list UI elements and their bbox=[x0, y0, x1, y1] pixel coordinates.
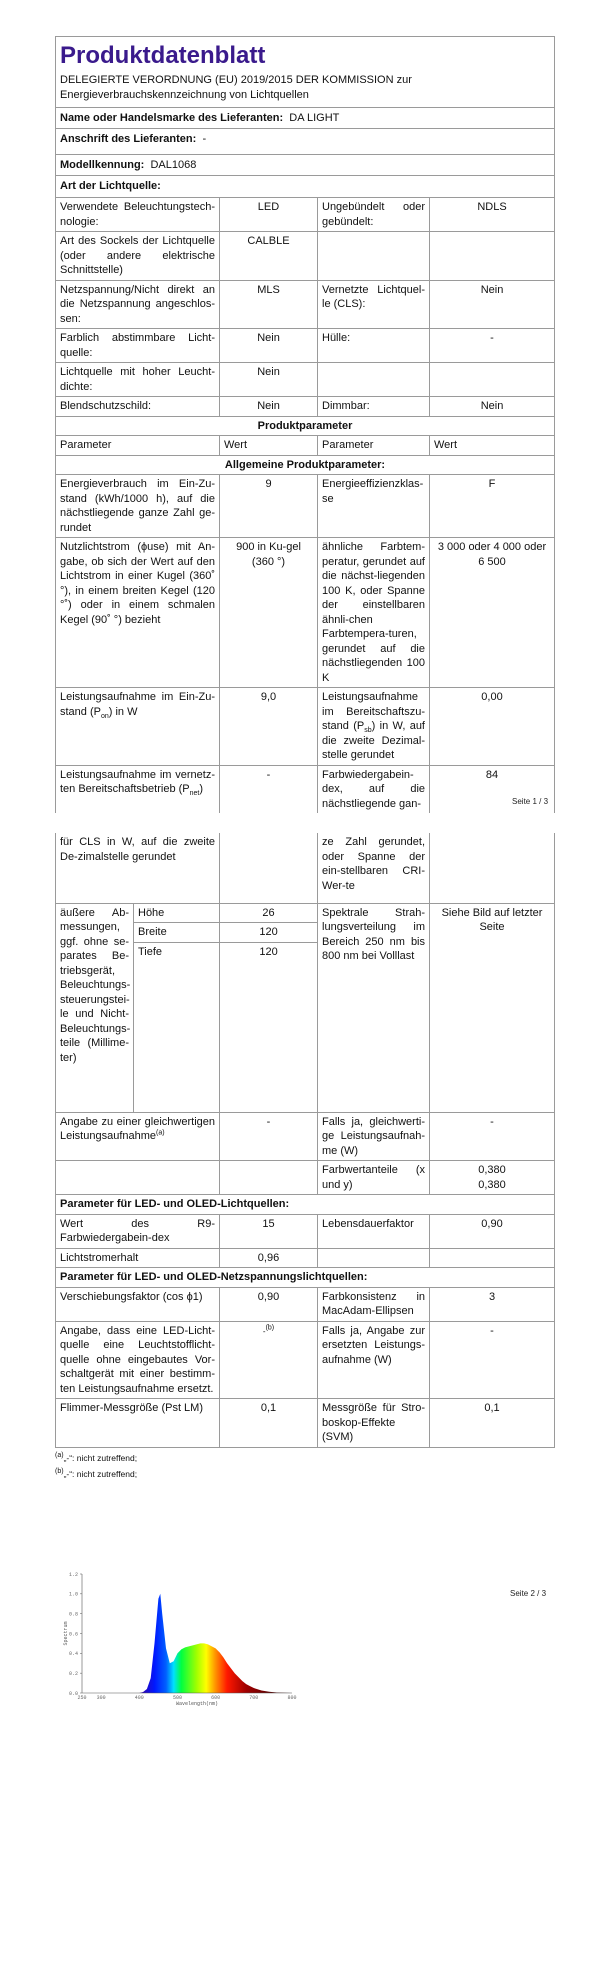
table-row: Leistungsaufnahme im Ein-Zu-stand (Pon) … bbox=[56, 688, 555, 766]
section-title: Produktparameter bbox=[56, 416, 555, 436]
param-cell: Lichtquelle mit hoher Leucht-dichte: bbox=[56, 363, 220, 397]
param-cell: ähnliche Farbtem-peratur, gerundet auf d… bbox=[318, 538, 430, 688]
svg-text:0.2: 0.2 bbox=[69, 1671, 78, 1677]
table-row: Energieverbrauch im Ein-Zu-stand (kWh/10… bbox=[56, 475, 555, 538]
param-cell: Falls ja, gleichwerti-ge Leistungsaufnah… bbox=[318, 1112, 430, 1161]
value-cell: Nein bbox=[220, 397, 318, 417]
supplier-row: Name oder Handelsmarke des Lieferanten: … bbox=[56, 107, 554, 128]
param-cell: Verwendete Beleuchtungstech-nologie: bbox=[56, 198, 220, 232]
value-cell: 3 bbox=[430, 1287, 555, 1321]
param-cell bbox=[318, 363, 430, 397]
regulation-text: DELEGIERTE VERORDNUNG (EU) 2019/2015 DER… bbox=[56, 73, 554, 107]
value-cell: 0,1 bbox=[220, 1399, 318, 1448]
dimension-value: 26 bbox=[220, 903, 318, 923]
page-number: Seite 1 / 3 bbox=[512, 795, 548, 809]
footnote-a: (a)„-“: nicht zutreffend; bbox=[55, 1450, 555, 1466]
col-header: Wert bbox=[220, 436, 318, 456]
value-cell: - bbox=[430, 1112, 555, 1161]
svg-text:400: 400 bbox=[135, 1695, 144, 1701]
param-cell: Farbwiedergabein-dex, auf die nächstlieg… bbox=[318, 765, 430, 813]
param-cell bbox=[318, 1248, 430, 1268]
svg-text:300: 300 bbox=[97, 1695, 106, 1701]
param-cell: für CLS in W, auf die zweite De-zimalste… bbox=[56, 833, 220, 903]
footnote-b: (b)„-“: nicht zutreffend; bbox=[55, 1466, 555, 1482]
table-row: Angabe, dass eine LED-Licht-quelle eine … bbox=[56, 1321, 555, 1399]
value-cell: - bbox=[430, 329, 555, 363]
dimension-name: Breite bbox=[134, 923, 220, 943]
param-cell: Leistungsaufnahme im Bereitschaftszu-sta… bbox=[318, 688, 430, 766]
param-cell: Leistungsaufnahme im vernetz-ten Bereits… bbox=[56, 765, 220, 813]
param-cell: Energieverbrauch im Ein-Zu-stand (kWh/10… bbox=[56, 475, 220, 538]
value-cell: 0,90 bbox=[220, 1287, 318, 1321]
value-cell: NDLS bbox=[430, 198, 555, 232]
table-row: Verschiebungsfaktor (cos ϕ1)0,90Farbkons… bbox=[56, 1287, 555, 1321]
param-cell: Netzspannung/Nicht direkt an die Netzspa… bbox=[56, 280, 220, 329]
value-cell: MLS bbox=[220, 280, 318, 329]
lamp-type-row: Art der Lichtquelle: bbox=[56, 175, 554, 197]
dimension-value: 120 bbox=[220, 923, 318, 943]
col-header: Parameter bbox=[56, 436, 220, 456]
value-cell bbox=[430, 232, 555, 281]
param-cell: Farblich abstimmbare Licht-quelle: bbox=[56, 329, 220, 363]
col-header: Parameter bbox=[318, 436, 430, 456]
value-cell bbox=[430, 833, 555, 903]
value-cell: 0,96 bbox=[220, 1248, 318, 1268]
param-cell: Flimmer-Messgröße (Pst LM) bbox=[56, 1399, 220, 1448]
param-cell: Farbwertanteile (x und y) bbox=[318, 1161, 430, 1195]
value-cell: - bbox=[220, 765, 318, 813]
section-title: Parameter für LED- und OLED-Lichtquellen… bbox=[56, 1195, 555, 1215]
value-cell: CALBLE bbox=[220, 232, 318, 281]
param-cell: Farbkonsistenz in MacAdam-Ellipsen bbox=[318, 1287, 430, 1321]
svg-text:0.8: 0.8 bbox=[69, 1611, 78, 1617]
page-number: Seite 2 / 3 bbox=[510, 1587, 546, 1601]
param-cell bbox=[56, 1161, 220, 1195]
dimension-name: Höhe bbox=[134, 903, 220, 923]
table-row: Art des Sockels der Lichtquelle (oder an… bbox=[56, 232, 555, 281]
value-cell: Nein bbox=[220, 363, 318, 397]
svg-text:800: 800 bbox=[287, 1695, 296, 1701]
svg-text:0.6: 0.6 bbox=[69, 1631, 78, 1637]
page-title: Produktdatenblatt bbox=[56, 37, 554, 73]
value-cell: Nein bbox=[430, 280, 555, 329]
product-params-table: Produktparameter Parameter Wert Paramete… bbox=[55, 416, 555, 814]
value-cell: 3 000 oder 4 000 oder 6 500 bbox=[430, 538, 555, 688]
value-cell: 0,90 bbox=[430, 1214, 555, 1248]
param-cell: ze Zahl gerundet, oder Spanne der ein-st… bbox=[318, 833, 430, 903]
spectrum-chart: 0.00.20.40.60.81.01.22503004005006007008… bbox=[60, 1560, 310, 1710]
table-row: Farbwertanteile (x und y)0,3800,380 bbox=[56, 1161, 555, 1195]
col-header: Wert bbox=[430, 436, 555, 456]
value-cell: LED bbox=[220, 198, 318, 232]
value-cell bbox=[430, 363, 555, 397]
param-cell: Lichtstromerhalt bbox=[56, 1248, 220, 1268]
value-cell: -(b) bbox=[220, 1321, 318, 1399]
type-table: Verwendete Beleuchtungstech-nologie:LEDU… bbox=[55, 197, 555, 417]
param-cell: Nutzlichtstrom (ϕuse) mit An-gabe, ob si… bbox=[56, 538, 220, 688]
param-cell: Angabe, dass eine LED-Licht-quelle eine … bbox=[56, 1321, 220, 1399]
param-cell: Energieeffizienzklas-se bbox=[318, 475, 430, 538]
table-row: Leistungsaufnahme im vernetz-ten Bereits… bbox=[56, 765, 555, 813]
param-cell: Spektrale Strah-lungsverteilung im Berei… bbox=[318, 903, 430, 1112]
dimensions-label: äußere Ab-messungen, ggf. ohne se-parate… bbox=[56, 903, 134, 1112]
table-row: Farblich abstimmbare Licht-quelle:NeinHü… bbox=[56, 329, 555, 363]
section-title: Parameter für LED- und OLED-Netzspannung… bbox=[56, 1268, 555, 1288]
page-1: Produktdatenblatt DELEGIERTE VERORDNUNG … bbox=[55, 36, 555, 813]
value-cell: Siehe Bild auf letzter Seite bbox=[430, 903, 555, 1112]
param-cell: Messgröße für Stro-boskop-Effekte (SVM) bbox=[318, 1399, 430, 1448]
param-cell: Hülle: bbox=[318, 329, 430, 363]
param-cell: Vernetzte Lichtquel-le (CLS): bbox=[318, 280, 430, 329]
x-axis-label: Wavelength(nm) bbox=[176, 1701, 218, 1707]
param-cell: Lebensdauerfaktor bbox=[318, 1214, 430, 1248]
param-cell: Blendschutzschild: bbox=[56, 397, 220, 417]
model-row: Modellkennung: DAL1068 bbox=[56, 154, 554, 175]
svg-text:250: 250 bbox=[77, 1695, 86, 1701]
table-row: Verwendete Beleuchtungstech-nologie:LEDU… bbox=[56, 198, 555, 232]
svg-text:1.2: 1.2 bbox=[69, 1572, 78, 1578]
value-cell: - bbox=[430, 1321, 555, 1399]
address-row: Anschrift des Lieferanten: - bbox=[56, 128, 554, 154]
param-cell: Wert des R9-Farbwiedergabein-dex bbox=[56, 1214, 220, 1248]
section-title: Allgemeine Produktparameter: bbox=[56, 455, 555, 475]
value-cell: - bbox=[220, 1112, 318, 1161]
table-row: Lichtquelle mit hoher Leucht-dichte:Nein bbox=[56, 363, 555, 397]
page-2: für CLS in W, auf die zweite De-zimalste… bbox=[55, 833, 555, 1482]
value-cell: 15 bbox=[220, 1214, 318, 1248]
param-cell: Dimmbar: bbox=[318, 397, 430, 417]
param-cell: Falls ja, Angabe zur ersetzten Leistungs… bbox=[318, 1321, 430, 1399]
value-cell: 900 in Ku-gel (360 °) bbox=[220, 538, 318, 688]
param-cell: Leistungsaufnahme im Ein-Zu-stand (Pon) … bbox=[56, 688, 220, 766]
svg-text:0.4: 0.4 bbox=[69, 1651, 78, 1657]
table-row: Blendschutzschild:NeinDimmbar:Nein bbox=[56, 397, 555, 417]
value-cell: 0,00 bbox=[430, 688, 555, 766]
value-cell: F bbox=[430, 475, 555, 538]
param-cell: Angabe zu einer gleichwertigen Leistungs… bbox=[56, 1112, 220, 1161]
param-cell bbox=[318, 232, 430, 281]
table-row: Nutzlichtstrom (ϕuse) mit An-gabe, ob si… bbox=[56, 538, 555, 688]
value-cell: 9 bbox=[220, 475, 318, 538]
value-cell: 9,0 bbox=[220, 688, 318, 766]
y-axis-label: Spectrum bbox=[63, 1621, 69, 1645]
value-cell bbox=[220, 1161, 318, 1195]
dimension-name: Tiefe bbox=[134, 942, 220, 1112]
value-cell bbox=[220, 833, 318, 903]
params-table-continued: für CLS in W, auf die zweite De-zimalste… bbox=[55, 833, 555, 1448]
svg-text:1.0: 1.0 bbox=[69, 1592, 78, 1598]
value-cell: Nein bbox=[430, 397, 555, 417]
value-cell: Nein bbox=[220, 329, 318, 363]
table-row: Lichtstromerhalt0,96 bbox=[56, 1248, 555, 1268]
table-row: Netzspannung/Nicht direkt an die Netzspa… bbox=[56, 280, 555, 329]
svg-text:700: 700 bbox=[249, 1695, 258, 1701]
table-row: Angabe zu einer gleichwertigen Leistungs… bbox=[56, 1112, 555, 1161]
dimension-value: 120 bbox=[220, 942, 318, 1112]
param-cell: Verschiebungsfaktor (cos ϕ1) bbox=[56, 1287, 220, 1321]
value-cell bbox=[430, 1248, 555, 1268]
spectrum-area bbox=[82, 1594, 292, 1693]
table-row: Flimmer-Messgröße (Pst LM)0,1Messgröße f… bbox=[56, 1399, 555, 1448]
param-cell: Art des Sockels der Lichtquelle (oder an… bbox=[56, 232, 220, 281]
table-row: Wert des R9-Farbwiedergabein-dex15Lebens… bbox=[56, 1214, 555, 1248]
value-cell: 0,1 bbox=[430, 1399, 555, 1448]
param-cell: Ungebündelt oder gebündelt: bbox=[318, 198, 430, 232]
value-cell: 0,3800,380 bbox=[430, 1161, 555, 1195]
